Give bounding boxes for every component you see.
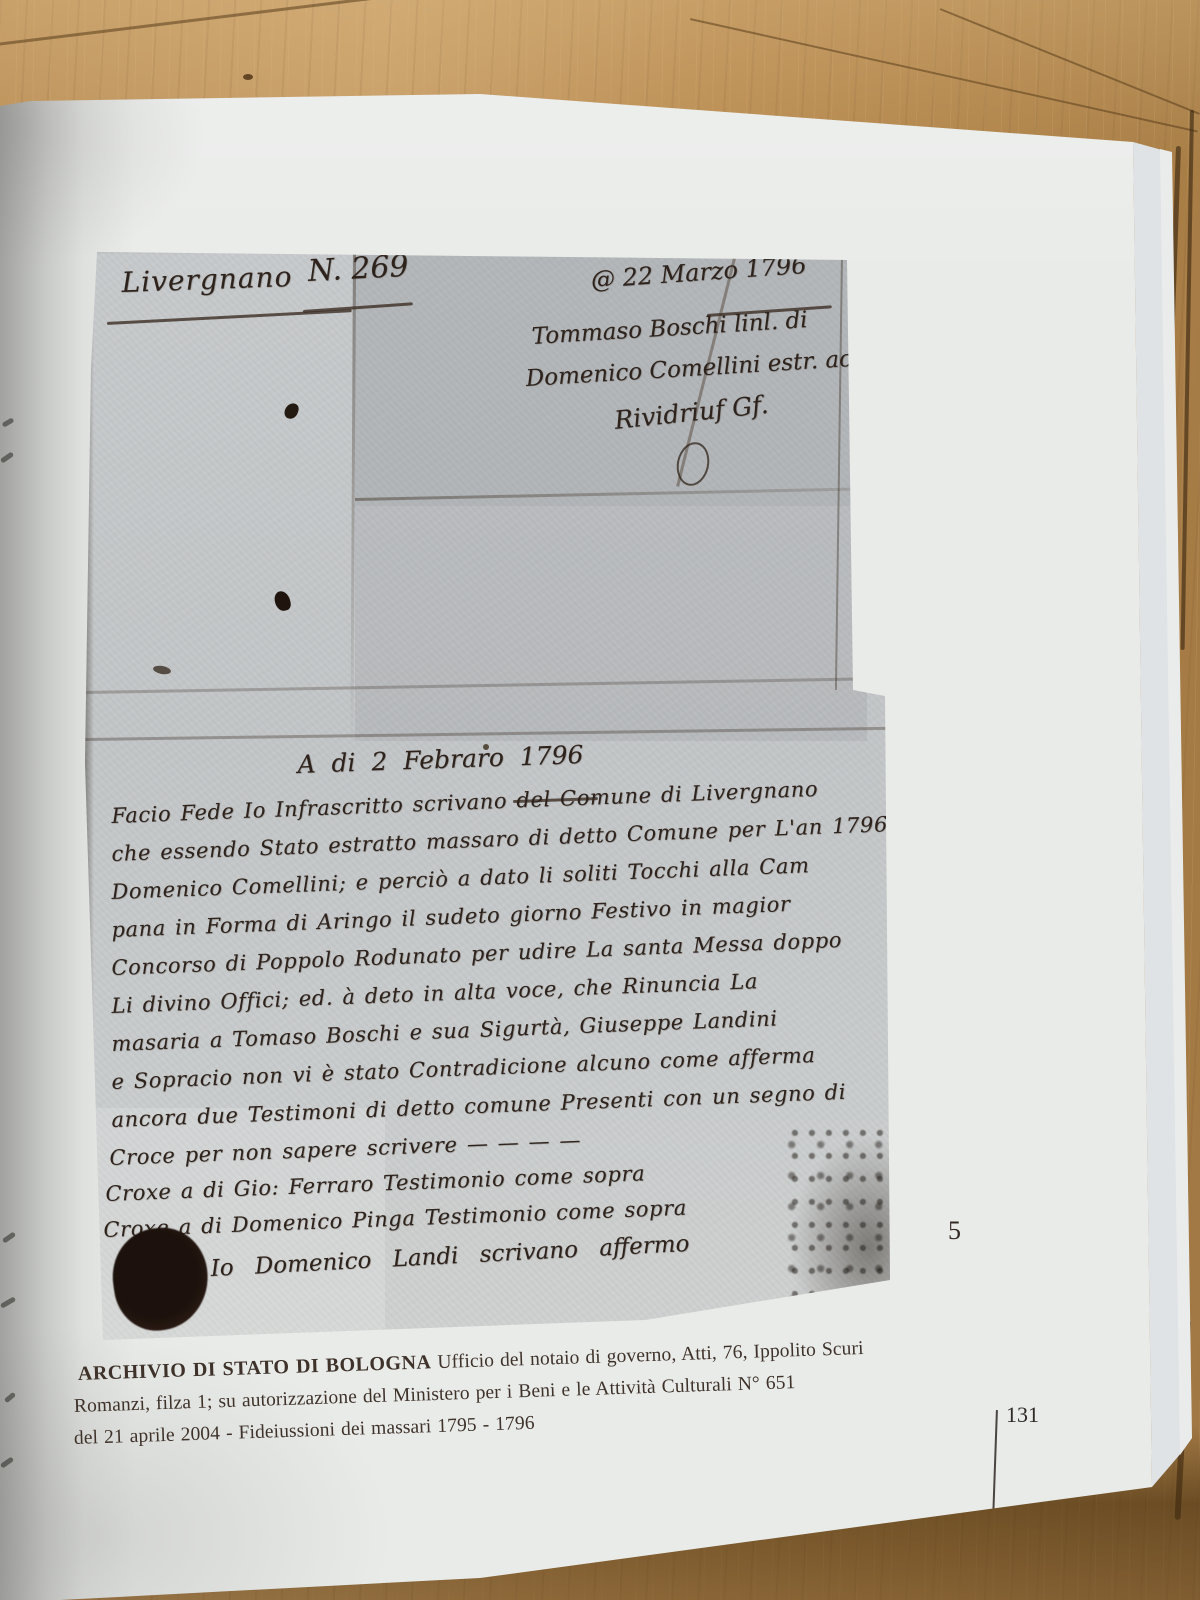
ink-spot [152, 664, 171, 675]
manuscript-shading [355, 506, 867, 741]
stain-speckles [783, 1126, 890, 1298]
ink-spot [273, 589, 293, 612]
manuscript-date-line: A di 2 Febraro 1796 [297, 740, 584, 779]
manuscript-photo: Livergnano N. 269 @ 22 Marzo 1796 Tommas… [85, 248, 890, 1340]
figure-number: 5 [948, 1216, 961, 1246]
wood-knot [243, 74, 253, 80]
ink-spot [283, 401, 301, 420]
manuscript-place-name: Livergnano [121, 260, 293, 299]
book-page: Livergnano N. 269 @ 22 Marzo 1796 Tommas… [0, 0, 1200, 1600]
photo-of-book-page: Livergnano N. 269 @ 22 Marzo 1796 Tommas… [0, 0, 1200, 1600]
page-number: 131 [1006, 1402, 1039, 1428]
